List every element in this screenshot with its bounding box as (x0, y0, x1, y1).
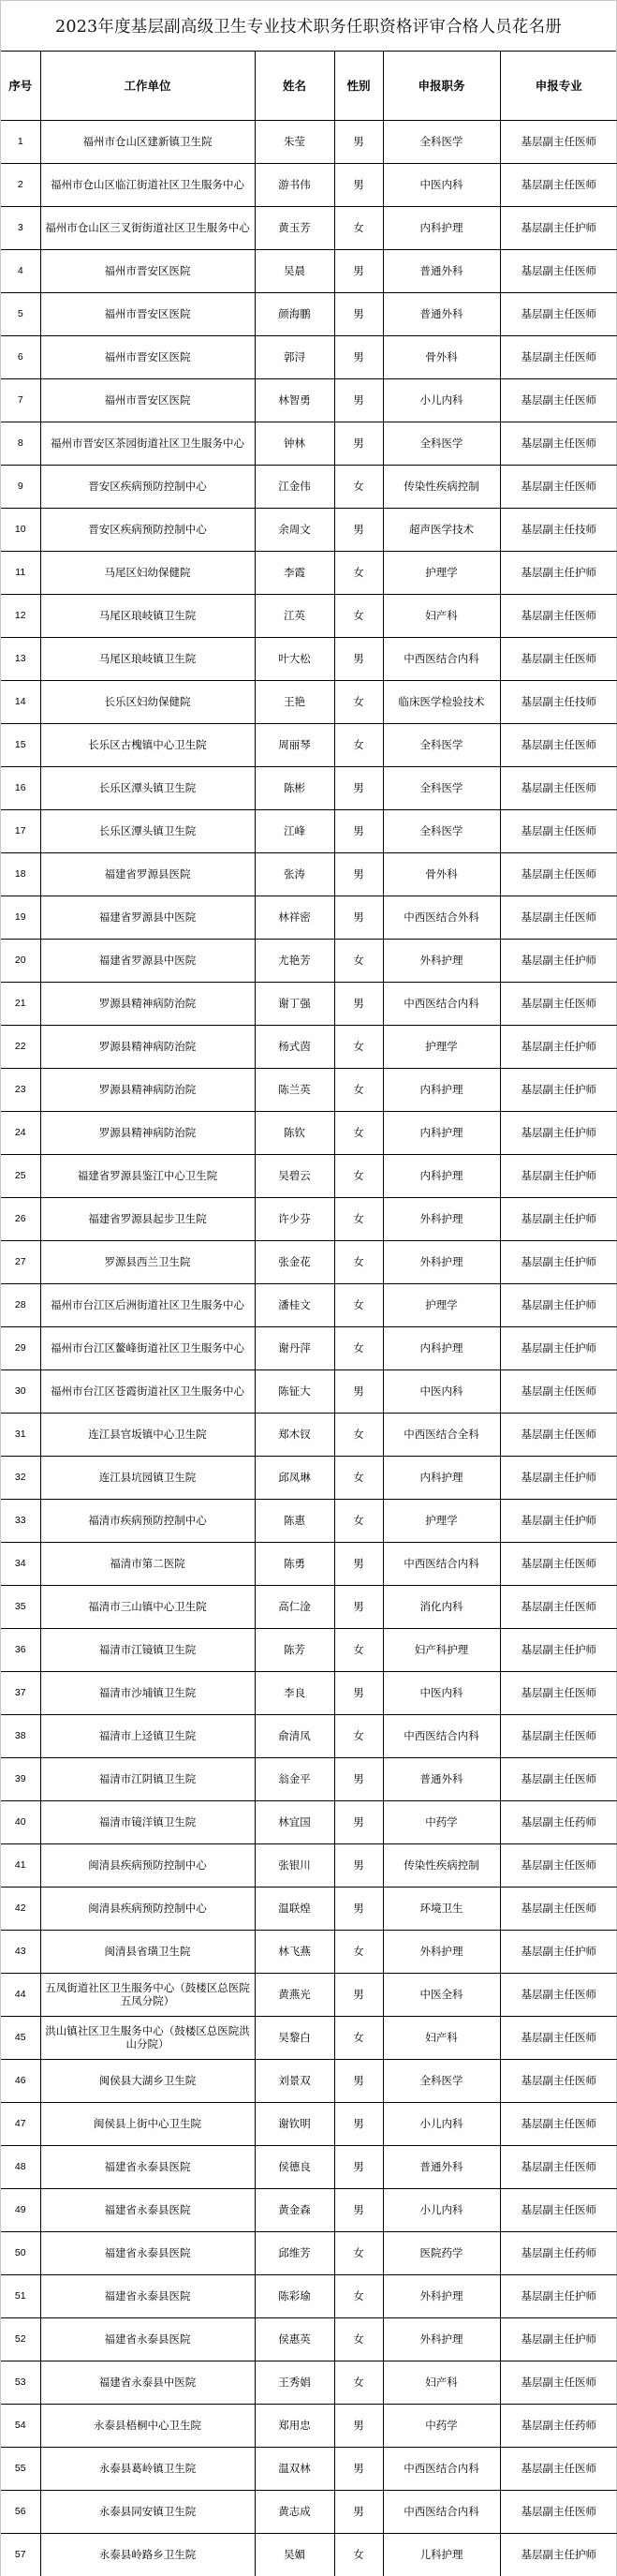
table-row: 37福清市沙埔镇卫生院李良男中医内科基层副主任医师 (1, 1671, 617, 1714)
table-row: 3福州市仓山区三叉街街道社区卫生服务中心黄玉芳女内科护理基层副主任护师 (1, 206, 617, 249)
cell-gender: 男 (334, 2145, 383, 2188)
cell-seq: 43 (1, 1930, 40, 1973)
cell-gender: 女 (334, 465, 383, 508)
cell-specialty: 基层副主任医师 (500, 465, 617, 508)
cell-name: 江金伟 (255, 465, 334, 508)
table-row: 52福建省永泰县医院侯惠英女外科护理基层副主任护师 (1, 2317, 617, 2361)
table-row: 8福州市晋安区茶园街道社区卫生服务中心钟林男全科医学基层副主任医师 (1, 422, 617, 465)
cell-specialty: 基层副主任护师 (500, 1283, 617, 1326)
table-row: 44五凤街道社区卫生服务中心（鼓楼区总医院五凤分院）黄燕光男中医全科基层副主任医… (1, 1973, 617, 2016)
cell-unit: 永泰县同安镇卫生院 (40, 2490, 255, 2533)
cell-name: 邱凤琳 (255, 1456, 334, 1499)
cell-seq: 29 (1, 1326, 40, 1369)
cell-position: 小儿内科 (383, 2102, 500, 2145)
cell-unit: 福建省罗源县起步卫生院 (40, 1197, 255, 1240)
cell-specialty: 基层副主任医师 (500, 2059, 617, 2102)
cell-name: 吴媚 (255, 2533, 334, 2576)
cell-specialty: 基层副主任医师 (500, 1843, 617, 1887)
table-row: 43闽清县省璜卫生院林飞燕女外科护理基层副主任护师 (1, 1930, 617, 1973)
table-row: 30福州市台江区苍霞街道社区卫生服务中心陈钲大男中医内科基层副主任医师 (1, 1369, 617, 1413)
cell-seq: 50 (1, 2231, 40, 2274)
cell-gender: 女 (334, 594, 383, 637)
cell-seq: 52 (1, 2317, 40, 2361)
cell-position: 妇产科 (383, 594, 500, 637)
cell-specialty: 基层副主任医师 (500, 120, 617, 163)
cell-gender: 女 (334, 1714, 383, 1757)
cell-name: 黄志成 (255, 2490, 334, 2533)
cell-unit: 福建省罗源县中医院 (40, 896, 255, 939)
cell-specialty: 基层副主任医师 (500, 249, 617, 292)
cell-name: 潘桂文 (255, 1283, 334, 1326)
cell-gender: 男 (334, 637, 383, 680)
cell-seq: 54 (1, 2404, 40, 2447)
cell-name: 陈勇 (255, 1542, 334, 1585)
cell-seq: 56 (1, 2490, 40, 2533)
cell-name: 吴黎白 (255, 2016, 334, 2059)
cell-position: 普通外科 (383, 2145, 500, 2188)
cell-seq: 7 (1, 378, 40, 422)
cell-unit: 罗源县精神病防治院 (40, 1111, 255, 1154)
cell-name: 林祥密 (255, 896, 334, 939)
cell-name: 李霞 (255, 551, 334, 594)
cell-name: 陈惠 (255, 1499, 334, 1542)
cell-specialty: 基层副主任技师 (500, 680, 617, 723)
cell-unit: 福州市晋安区茶园街道社区卫生服务中心 (40, 422, 255, 465)
cell-unit: 闽清县疾病预防控制中心 (40, 1843, 255, 1887)
column-header-seq: 序号 (1, 52, 40, 120)
cell-unit: 福建省永泰县中医院 (40, 2361, 255, 2404)
table-row: 32连江县坑园镇卫生院邱凤琳女内科护理基层副主任护师 (1, 1456, 617, 1499)
cell-unit: 福建省永泰县医院 (40, 2145, 255, 2188)
table-row: 13马尾区琅岐镇卫生院叶大松男中西医结合内科基层副主任医师 (1, 637, 617, 680)
table-row: 24罗源县精神病防治院陈钦女内科护理基层副主任护师 (1, 1111, 617, 1154)
cell-name: 李良 (255, 1671, 334, 1714)
cell-gender: 男 (334, 1671, 383, 1714)
cell-position: 全科医学 (383, 766, 500, 809)
cell-position: 中医内科 (383, 163, 500, 206)
cell-unit: 福州市仓山区建新镇卫生院 (40, 120, 255, 163)
cell-unit: 马尾区琅岐镇卫生院 (40, 594, 255, 637)
table-header-row: 序号 工作单位 姓名 性别 申报职务 申报专业 (1, 52, 617, 120)
cell-name: 王秀娟 (255, 2361, 334, 2404)
cell-unit: 福州市晋安区医院 (40, 249, 255, 292)
table-row: 39福清市江阴镇卫生院翁金平男普通外科基层副主任医师 (1, 1757, 617, 1800)
cell-gender: 男 (334, 1973, 383, 2016)
cell-name: 周丽琴 (255, 723, 334, 766)
cell-position: 外科护理 (383, 1197, 500, 1240)
cell-gender: 女 (334, 551, 383, 594)
cell-position: 外科护理 (383, 2317, 500, 2361)
cell-specialty: 基层副主任医师 (500, 594, 617, 637)
cell-name: 张涛 (255, 852, 334, 896)
cell-position: 内科护理 (383, 1456, 500, 1499)
cell-name: 郑用忠 (255, 2404, 334, 2447)
cell-specialty: 基层副主任医师 (500, 163, 617, 206)
cell-specialty: 基层副主任医师 (500, 809, 617, 852)
cell-position: 医院药学 (383, 2231, 500, 2274)
cell-seq: 5 (1, 292, 40, 335)
roster-document: 2023年度基层副高级卫生专业技术职务任职资格评审合格人员花名册 序号 工作单位… (0, 0, 617, 2576)
cell-position: 超声医学技术 (383, 508, 500, 551)
table-row: 45洪山镇社区卫生服务中心（鼓楼区总医院洪山分院）吴黎白女妇产科基层副主任医师 (1, 2016, 617, 2059)
cell-specialty: 基层副主任护师 (500, 1628, 617, 1671)
cell-seq: 20 (1, 939, 40, 982)
cell-position: 中医内科 (383, 1671, 500, 1714)
cell-gender: 女 (334, 1068, 383, 1111)
table-row: 51福建省永泰县医院陈彩瑜女外科护理基层副主任护师 (1, 2274, 617, 2317)
cell-gender: 男 (334, 292, 383, 335)
cell-name: 刘景双 (255, 2059, 334, 2102)
cell-position: 外科护理 (383, 1930, 500, 1973)
cell-specialty: 基层副主任护师 (500, 1068, 617, 1111)
cell-seq: 3 (1, 206, 40, 249)
cell-name: 朱莹 (255, 120, 334, 163)
cell-seq: 26 (1, 1197, 40, 1240)
cell-specialty: 基层副主任护师 (500, 1025, 617, 1068)
cell-position: 中医全科 (383, 1973, 500, 2016)
cell-seq: 34 (1, 1542, 40, 1585)
cell-seq: 18 (1, 852, 40, 896)
cell-gender: 女 (334, 1326, 383, 1369)
cell-unit: 福建省罗源县鉴江中心卫生院 (40, 1154, 255, 1197)
cell-seq: 28 (1, 1283, 40, 1326)
cell-specialty: 基层副主任医师 (500, 1714, 617, 1757)
table-row: 54永泰县梧桐中心卫生院郑用忠男中药学基层副主任药师 (1, 2404, 617, 2447)
cell-seq: 14 (1, 680, 40, 723)
table-row: 42闽清县疾病预防控制中心温联煌男环境卫生基层副主任医师 (1, 1887, 617, 1930)
cell-seq: 6 (1, 335, 40, 378)
cell-unit: 长乐区妇幼保健院 (40, 680, 255, 723)
cell-specialty: 基层副主任医师 (500, 1757, 617, 1800)
cell-name: 郭浔 (255, 335, 334, 378)
cell-name: 黄燕光 (255, 1973, 334, 2016)
table-row: 1福州市仓山区建新镇卫生院朱莹男全科医学基层副主任医师 (1, 120, 617, 163)
cell-unit: 福州市晋安区医院 (40, 292, 255, 335)
cell-position: 普通外科 (383, 1757, 500, 1800)
cell-gender: 女 (334, 2016, 383, 2059)
cell-position: 内科护理 (383, 1111, 500, 1154)
table-row: 27罗源县西兰卫生院张金花女外科护理基层副主任护师 (1, 1240, 617, 1283)
cell-unit: 福州市晋安区医院 (40, 335, 255, 378)
cell-seq: 11 (1, 551, 40, 594)
cell-name: 叶大松 (255, 637, 334, 680)
cell-gender: 女 (334, 2361, 383, 2404)
cell-seq: 30 (1, 1369, 40, 1413)
table-body: 1福州市仓山区建新镇卫生院朱莹男全科医学基层副主任医师2福州市仓山区临江街道社区… (1, 120, 617, 2576)
cell-seq: 21 (1, 982, 40, 1025)
cell-specialty: 基层副主任医师 (500, 2102, 617, 2145)
cell-unit: 福清市上迳镇卫生院 (40, 1714, 255, 1757)
cell-gender: 女 (334, 680, 383, 723)
cell-seq: 40 (1, 1800, 40, 1843)
cell-name: 陈彩瑜 (255, 2274, 334, 2317)
cell-position: 中医内科 (383, 1369, 500, 1413)
cell-gender: 女 (334, 2274, 383, 2317)
cell-specialty: 基层副主任药师 (500, 2404, 617, 2447)
cell-seq: 49 (1, 2188, 40, 2231)
cell-seq: 31 (1, 1413, 40, 1456)
cell-gender: 男 (334, 1757, 383, 1800)
cell-name: 高仁淦 (255, 1585, 334, 1628)
cell-gender: 男 (334, 508, 383, 551)
cell-unit: 福清市江阴镇卫生院 (40, 1757, 255, 1800)
cell-unit: 福建省罗源县中医院 (40, 939, 255, 982)
cell-gender: 女 (334, 2317, 383, 2361)
cell-unit: 闽侯县上街中心卫生院 (40, 2102, 255, 2145)
cell-specialty: 基层副主任医师 (500, 1369, 617, 1413)
cell-position: 妇产科护理 (383, 1628, 500, 1671)
table-row: 31连江县官坂镇中心卫生院郑木钗女中西医结合全科基层副主任医师 (1, 1413, 617, 1456)
cell-specialty: 基层副主任护师 (500, 1197, 617, 1240)
table-row: 38福清市上迳镇卫生院俞清凤女中西医结合内科基层副主任医师 (1, 1714, 617, 1757)
cell-specialty: 基层副主任护师 (500, 1154, 617, 1197)
cell-gender: 男 (334, 2102, 383, 2145)
cell-seq: 46 (1, 2059, 40, 2102)
cell-unit: 闽清县省璜卫生院 (40, 1930, 255, 1973)
cell-gender: 女 (334, 723, 383, 766)
table-row: 40福清市镜洋镇卫生院林宜国男中药学基层副主任药师 (1, 1800, 617, 1843)
table-row: 57永泰县岭路乡卫生院吴媚女儿科护理基层副主任护师 (1, 2533, 617, 2576)
cell-name: 尤艳芳 (255, 939, 334, 982)
cell-seq: 1 (1, 120, 40, 163)
cell-gender: 女 (334, 206, 383, 249)
table-row: 46闽侯县大湖乡卫生院刘景双男全科医学基层副主任医师 (1, 2059, 617, 2102)
cell-seq: 55 (1, 2447, 40, 2490)
cell-gender: 女 (334, 1628, 383, 1671)
cell-unit: 福州市台江区苍霞街道社区卫生服务中心 (40, 1369, 255, 1413)
cell-gender: 女 (334, 1197, 383, 1240)
cell-gender: 男 (334, 1585, 383, 1628)
table-row: 16长乐区潭头镇卫生院陈彬男全科医学基层副主任医师 (1, 766, 617, 809)
table-row: 25福建省罗源县鉴江中心卫生院吴碧云女内科护理基层副主任护师 (1, 1154, 617, 1197)
cell-unit: 福建省永泰县医院 (40, 2188, 255, 2231)
cell-gender: 女 (334, 1025, 383, 1068)
cell-name: 陈兰英 (255, 1068, 334, 1111)
cell-unit: 连江县官坂镇中心卫生院 (40, 1413, 255, 1456)
cell-gender: 男 (334, 2059, 383, 2102)
cell-seq: 4 (1, 249, 40, 292)
cell-name: 游书伟 (255, 163, 334, 206)
table-row: 36福清市江镜镇卫生院陈芳女妇产科护理基层副主任护师 (1, 1628, 617, 1671)
cell-seq: 27 (1, 1240, 40, 1283)
cell-gender: 男 (334, 896, 383, 939)
cell-name: 陈彬 (255, 766, 334, 809)
cell-specialty: 基层副主任医师 (500, 1585, 617, 1628)
table-row: 41闽清县疾病预防控制中心张银川男传染性疾病控制基层副主任医师 (1, 1843, 617, 1887)
cell-unit: 五凤街道社区卫生服务中心（鼓楼区总医院五凤分院） (40, 1973, 255, 2016)
cell-position: 骨外科 (383, 852, 500, 896)
cell-specialty: 基层副主任技师 (500, 508, 617, 551)
cell-unit: 福建省罗源县医院 (40, 852, 255, 896)
table-row: 9晋安区疾病预防控制中心江金伟女传染性疾病控制基层副主任医师 (1, 465, 617, 508)
table-row: 29福州市台江区鳌峰街道社区卫生服务中心谢丹萍女内科护理基层副主任护师 (1, 1326, 617, 1369)
cell-unit: 福清市三山镇中心卫生院 (40, 1585, 255, 1628)
cell-gender: 男 (334, 766, 383, 809)
cell-position: 外科护理 (383, 2274, 500, 2317)
cell-unit: 福清市疾病预防控制中心 (40, 1499, 255, 1542)
cell-seq: 9 (1, 465, 40, 508)
cell-unit: 福清市江镜镇卫生院 (40, 1628, 255, 1671)
cell-specialty: 基层副主任护师 (500, 206, 617, 249)
cell-position: 中西医结合内科 (383, 637, 500, 680)
cell-gender: 女 (334, 1456, 383, 1499)
cell-gender: 男 (334, 163, 383, 206)
cell-seq: 8 (1, 422, 40, 465)
cell-seq: 16 (1, 766, 40, 809)
cell-specialty: 基层副主任医师 (500, 422, 617, 465)
cell-name: 黄金森 (255, 2188, 334, 2231)
cell-gender: 男 (334, 1369, 383, 1413)
cell-unit: 晋安区疾病预防控制中心 (40, 465, 255, 508)
table-row: 22罗源县精神病防治院杨式茵女护理学基层副主任护师 (1, 1025, 617, 1068)
cell-gender: 女 (334, 1930, 383, 1973)
cell-seq: 13 (1, 637, 40, 680)
cell-unit: 晋安区疾病预防控制中心 (40, 508, 255, 551)
cell-position: 传染性疾病控制 (383, 1843, 500, 1887)
cell-specialty: 基层副主任医师 (500, 637, 617, 680)
cell-position: 全科医学 (383, 723, 500, 766)
cell-seq: 17 (1, 809, 40, 852)
cell-gender: 女 (334, 1499, 383, 1542)
cell-unit: 罗源县精神病防治院 (40, 982, 255, 1025)
cell-position: 护理学 (383, 1283, 500, 1326)
cell-gender: 男 (334, 1800, 383, 1843)
cell-name: 张银川 (255, 1843, 334, 1887)
cell-position: 中西医结合全科 (383, 1413, 500, 1456)
cell-seq: 36 (1, 1628, 40, 1671)
cell-specialty: 基层副主任医师 (500, 2016, 617, 2059)
cell-position: 中西医结合内科 (383, 1714, 500, 1757)
table-row: 19福建省罗源县中医院林祥密男中西医结合外科基层副主任医师 (1, 896, 617, 939)
cell-seq: 10 (1, 508, 40, 551)
cell-gender: 男 (334, 1542, 383, 1585)
cell-name: 江英 (255, 594, 334, 637)
cell-seq: 44 (1, 1973, 40, 2016)
cell-position: 内科护理 (383, 1326, 500, 1369)
table-row: 48福建省永泰县医院侯德良男普通外科基层副主任医师 (1, 2145, 617, 2188)
cell-position: 护理学 (383, 1025, 500, 1068)
cell-gender: 男 (334, 2404, 383, 2447)
cell-unit: 福州市台江区后洲街道社区卫生服务中心 (40, 1283, 255, 1326)
cell-position: 中西医结合内科 (383, 982, 500, 1025)
table-row: 49福建省永泰县医院黄金森男小儿内科基层副主任医师 (1, 2188, 617, 2231)
table-row: 35福清市三山镇中心卫生院高仁淦男消化内科基层副主任医师 (1, 1585, 617, 1628)
table-row: 56永泰县同安镇卫生院黄志成男中西医结合内科基层副主任医师 (1, 2490, 617, 2533)
cell-gender: 女 (334, 1283, 383, 1326)
cell-name: 杨式茵 (255, 1025, 334, 1068)
cell-seq: 39 (1, 1757, 40, 1800)
cell-unit: 福清市第二医院 (40, 1542, 255, 1585)
cell-position: 全科医学 (383, 809, 500, 852)
cell-name: 林飞燕 (255, 1930, 334, 1973)
cell-name: 邱维芳 (255, 2231, 334, 2274)
table-row: 47闽侯县上街中心卫生院谢钦明男小儿内科基层副主任医师 (1, 2102, 617, 2145)
cell-gender: 男 (334, 120, 383, 163)
cell-specialty: 基层副主任医师 (500, 1973, 617, 2016)
cell-unit: 福清市沙埔镇卫生院 (40, 1671, 255, 1714)
cell-position: 妇产科 (383, 2016, 500, 2059)
table-row: 20福建省罗源县中医院尤艳芳女外科护理基层副主任护师 (1, 939, 617, 982)
cell-name: 谢丹萍 (255, 1326, 334, 1369)
table-row: 23罗源县精神病防治院陈兰英女内科护理基层副主任护师 (1, 1068, 617, 1111)
cell-seq: 25 (1, 1154, 40, 1197)
table-row: 4福州市晋安区医院吴晨男普通外科基层副主任医师 (1, 249, 617, 292)
cell-position: 小儿内科 (383, 378, 500, 422)
cell-unit: 长乐区古槐镇中心卫生院 (40, 723, 255, 766)
cell-position: 普通外科 (383, 249, 500, 292)
table-row: 5福州市晋安区医院颜海鹏男普通外科基层副主任医师 (1, 292, 617, 335)
cell-position: 护理学 (383, 551, 500, 594)
cell-unit: 福建省永泰县医院 (40, 2274, 255, 2317)
cell-seq: 57 (1, 2533, 40, 2576)
cell-specialty: 基层副主任护师 (500, 1111, 617, 1154)
cell-unit: 福州市晋安区医院 (40, 378, 255, 422)
cell-seq: 35 (1, 1585, 40, 1628)
cell-seq: 19 (1, 896, 40, 939)
table-row: 15长乐区古槐镇中心卫生院周丽琴女全科医学基层副主任医师 (1, 723, 617, 766)
cell-seq: 41 (1, 1843, 40, 1887)
cell-name: 黄玉芳 (255, 206, 334, 249)
cell-specialty: 基层副主任医师 (500, 896, 617, 939)
cell-unit: 福清市镜洋镇卫生院 (40, 1800, 255, 1843)
cell-unit: 福建省永泰县医院 (40, 2317, 255, 2361)
cell-specialty: 基层副主任医师 (500, 766, 617, 809)
cell-unit: 马尾区妇幼保健院 (40, 551, 255, 594)
cell-unit: 永泰县梧桐中心卫生院 (40, 2404, 255, 2447)
cell-position: 内科护理 (383, 1154, 500, 1197)
cell-gender: 女 (334, 1240, 383, 1283)
cell-name: 江峰 (255, 809, 334, 852)
cell-name: 谢钦明 (255, 2102, 334, 2145)
cell-gender: 女 (334, 939, 383, 982)
cell-gender: 女 (334, 1111, 383, 1154)
cell-position: 内科护理 (383, 1068, 500, 1111)
table-row: 55永泰县葛岭镇卫生院温双林男中西医结合内科基层副主任医师 (1, 2447, 617, 2490)
cell-specialty: 基层副主任医师 (500, 982, 617, 1025)
cell-gender: 男 (334, 809, 383, 852)
cell-gender: 男 (334, 2490, 383, 2533)
cell-unit: 连江县坑园镇卫生院 (40, 1456, 255, 1499)
cell-position: 小儿内科 (383, 2188, 500, 2231)
table-row: 28福州市台江区后洲街道社区卫生服务中心潘桂文女护理学基层副主任护师 (1, 1283, 617, 1326)
cell-specialty: 基层副主任医师 (500, 2490, 617, 2533)
cell-gender: 女 (334, 1154, 383, 1197)
cell-seq: 42 (1, 1887, 40, 1930)
column-header-name: 姓名 (255, 52, 334, 120)
cell-specialty: 基层副主任医师 (500, 1887, 617, 1930)
cell-name: 吴晨 (255, 249, 334, 292)
cell-gender: 男 (334, 378, 383, 422)
cell-name: 谢丁强 (255, 982, 334, 1025)
cell-unit: 洪山镇社区卫生服务中心（鼓楼区总医院洪山分院） (40, 2016, 255, 2059)
cell-name: 张金花 (255, 1240, 334, 1283)
cell-position: 临床医学检验技术 (383, 680, 500, 723)
cell-name: 吴碧云 (255, 1154, 334, 1197)
cell-position: 中西医结合内科 (383, 2447, 500, 2490)
cell-position: 骨外科 (383, 335, 500, 378)
cell-seq: 12 (1, 594, 40, 637)
cell-seq: 38 (1, 1714, 40, 1757)
cell-name: 钟林 (255, 422, 334, 465)
cell-name: 林宜国 (255, 1800, 334, 1843)
cell-specialty: 基层副主任医师 (500, 1671, 617, 1714)
cell-position: 中药学 (383, 2404, 500, 2447)
cell-position: 中西医结合内科 (383, 2490, 500, 2533)
cell-name: 王艳 (255, 680, 334, 723)
cell-position: 全科医学 (383, 120, 500, 163)
cell-unit: 永泰县葛岭镇卫生院 (40, 2447, 255, 2490)
cell-position: 传染性疾病控制 (383, 465, 500, 508)
